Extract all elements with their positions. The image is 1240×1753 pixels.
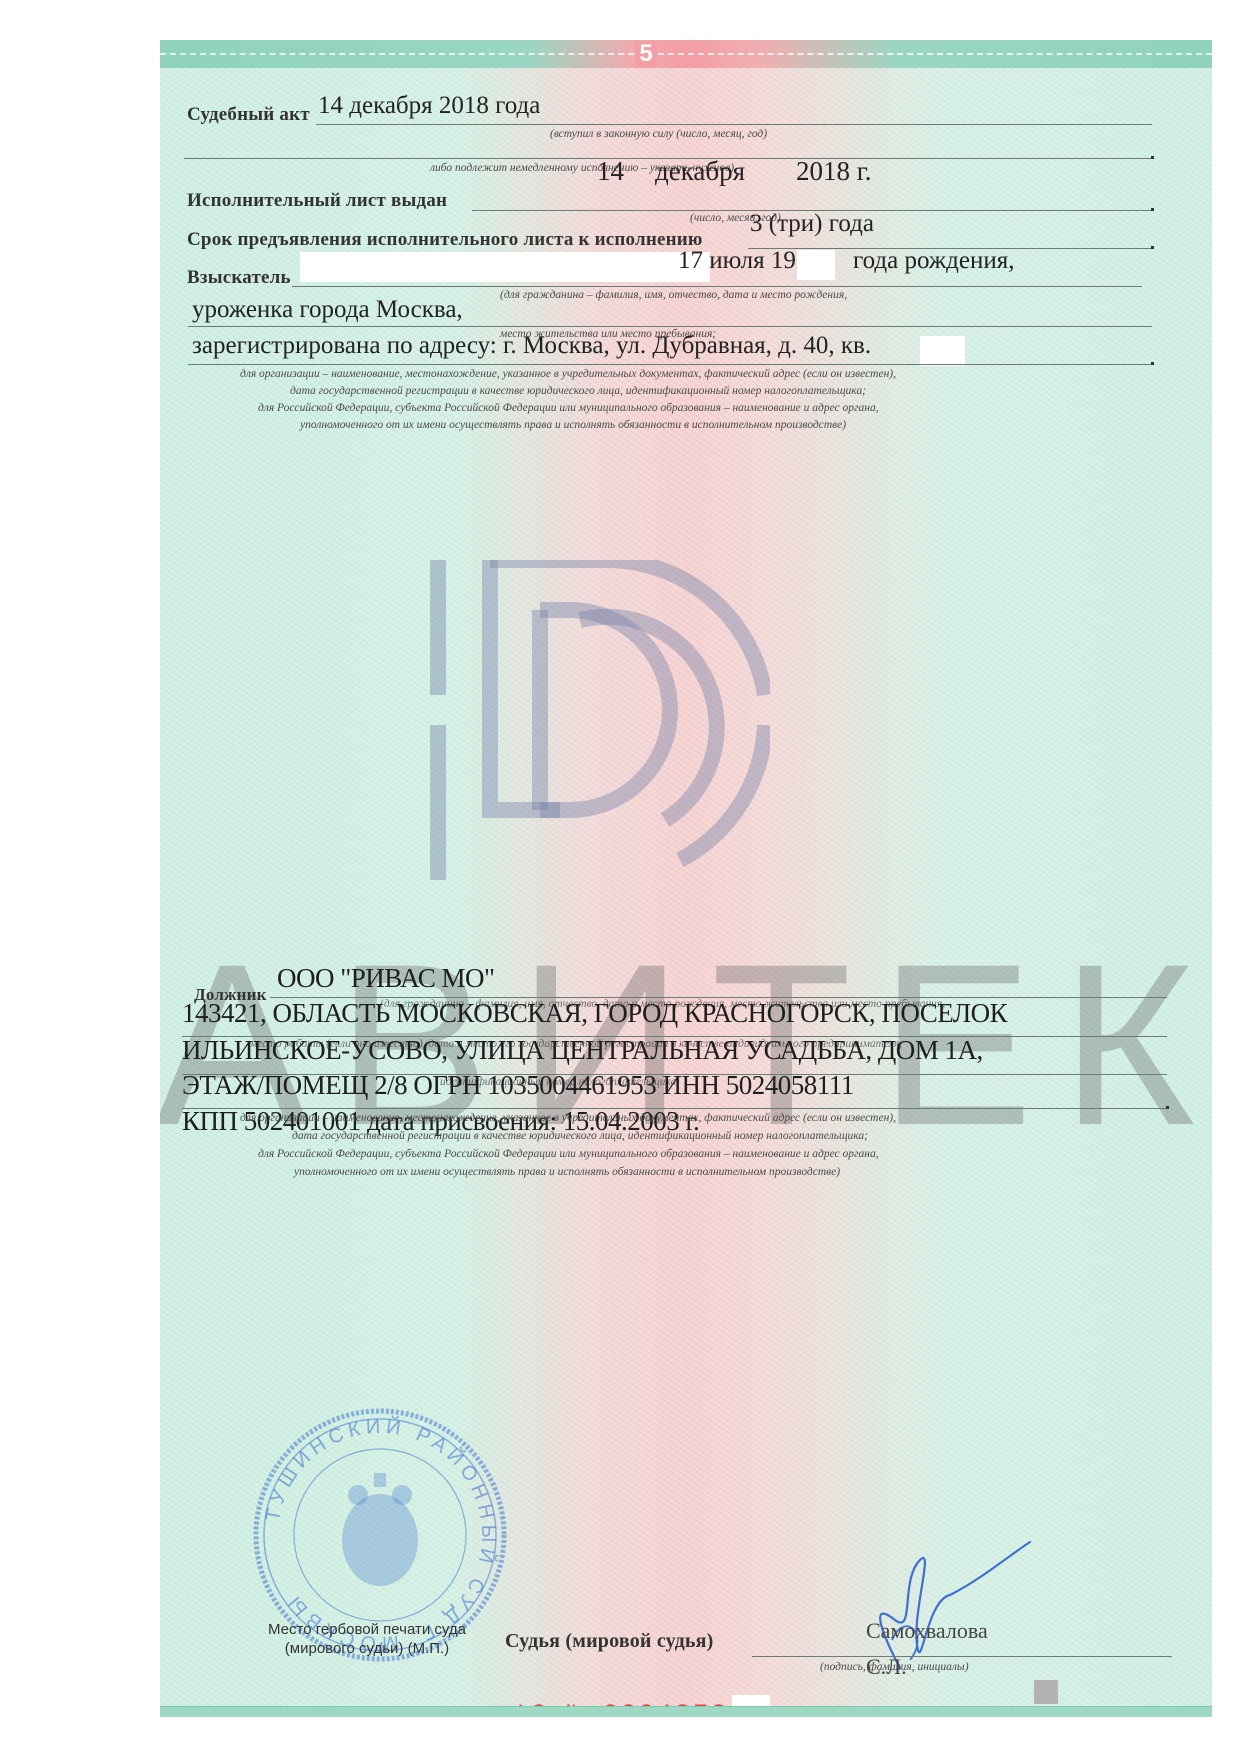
claimant-birthplace-line: [188, 326, 1152, 327]
stamp-caption: Место гербовой печати суда (мирового суд…: [242, 1620, 492, 1658]
double-d-logo-watermark: [430, 560, 770, 880]
claimant-address: зарегистрирована по адресу: г. Москва, у…: [192, 332, 871, 360]
line-end-dot: [1151, 156, 1154, 159]
stamp-caption-line-2: (мирового судьи) (М.П.): [242, 1639, 492, 1658]
debtor-name: ООО "РИВАС МО": [277, 963, 495, 994]
double-headed-eagle-emblem: [342, 1473, 418, 1586]
page-number: 5: [635, 41, 657, 67]
redacted-birth-year: [797, 250, 835, 280]
judge-label: Судья (мировой судья): [505, 1630, 714, 1653]
debtor-org-hint-4: уполномоченного от их имени осуществлять…: [294, 1166, 840, 1178]
debtor-org-hint-3: для Российской Федерации, субъекта Росси…: [258, 1148, 879, 1160]
judge-surname: Самохвалова: [866, 1618, 988, 1644]
top-security-band: 5: [160, 40, 1212, 68]
court-act-line: [316, 124, 1152, 125]
line-end-dot: [1151, 246, 1154, 249]
line-end-dot: [1151, 208, 1154, 211]
debtor-org-hint-2: дата государственной регистрации в качес…: [292, 1130, 868, 1142]
stamp-caption-line-1: Место гербовой печати суда: [242, 1620, 492, 1639]
presentation-term-value: 3 (три) года: [750, 210, 874, 238]
debtor-address-line-1: 143421, ОБЛАСТЬ МОСКОВСКАЯ, ГОРОД КРАСНО…: [182, 998, 1007, 1029]
debtor-org-hint-1: для организации – наименование, местонах…: [240, 1112, 896, 1124]
court-act-hint: (вступил в законную силу (число, месяц, …: [550, 128, 767, 140]
bottom-security-band: [160, 1706, 1212, 1717]
judge-signature: [840, 1540, 1040, 1670]
writ-of-execution-page: 5 АВИТЕКС Судебный акт 14 декабря 2018 г…: [160, 40, 1212, 1717]
debtor-address-line-3: ЭТАЖ/ПОМЕЩ 2/8 ОГРН 1035004461953 ИНН 50…: [182, 1070, 854, 1101]
claimant-org-hint-1: для организации – наименование, местонах…: [240, 368, 896, 380]
claimant-line: [292, 286, 1142, 287]
line-end-dot: [1151, 362, 1154, 365]
claimant-birth-suffix: года рождения,: [853, 247, 1014, 275]
court-act-label: Судебный акт: [187, 104, 310, 126]
corner-marker: [1034, 1680, 1058, 1704]
claimant-citizen-hint: (для гражданина – фамилия, имя, отчество…: [500, 289, 847, 301]
claimant-org-hint-4: уполномоченного от их имени осуществлять…: [300, 419, 846, 431]
redacted-claimant-name: [300, 252, 710, 282]
claimant-label: Взыскатель: [187, 267, 291, 289]
claimant-birth-date: 17 июля 19: [678, 247, 796, 275]
writ-issued-year: 2018 г.: [796, 156, 872, 187]
dashed-line: [160, 53, 1212, 55]
claimant-org-hint-3: для Российской Федерации, субъекта Росси…: [258, 402, 879, 414]
judge-initials: С.Л.: [866, 1654, 907, 1680]
presentation-term-label: Срок предъявления исполнительного листа …: [187, 229, 703, 251]
writ-issued-month: декабря: [655, 156, 745, 187]
writ-issued-label: Исполнительный лист выдан: [187, 190, 447, 212]
claimant-address-line: [188, 364, 1152, 365]
line-end-dot: [1166, 1106, 1169, 1109]
claimant-birthplace: уроженка города Москва,: [192, 296, 463, 324]
judge-line: [752, 1656, 1172, 1657]
redacted-apartment: [920, 336, 965, 366]
debtor-address-line-2: ИЛЬИНСКОЕ-УСОВО, УЛИЦА ЦЕНТРАЛЬНАЯ УСАДЬ…: [182, 1035, 983, 1066]
claimant-org-hint-2: дата государственной регистрации в качес…: [290, 385, 866, 397]
court-act-value: 14 декабря 2018 года: [318, 92, 540, 120]
writ-issued-day: 14: [597, 156, 624, 187]
